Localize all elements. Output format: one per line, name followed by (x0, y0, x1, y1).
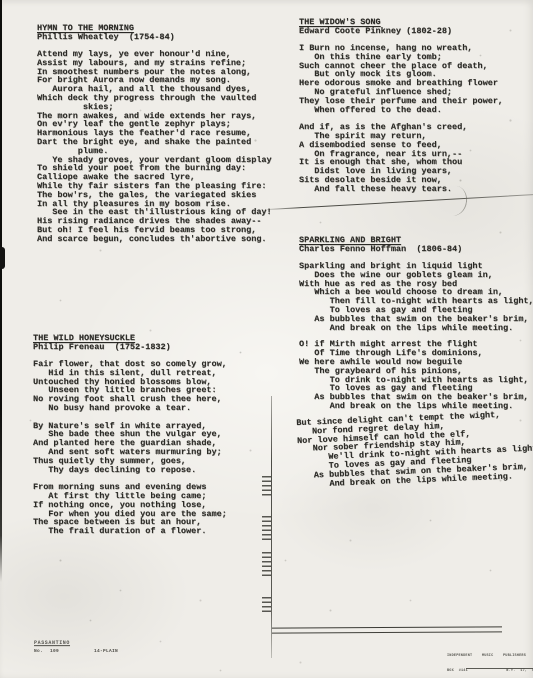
scan-registration-ticks (262, 552, 271, 579)
poem-stanza: Sparkling and bright in liquid light Doe… (299, 262, 533, 332)
scan-registration-ticks (262, 476, 271, 496)
paper-stock-number: No. 109 14-PLAIN (34, 649, 118, 654)
poem-author: Phillis Wheatley (1754-84) (37, 33, 272, 42)
poem-body: Attend my lays, ye ever honour'd nine, A… (37, 50, 272, 244)
scan-fold-line (271, 396, 272, 658)
publisher-line: BOX #141 N.Y. 17, U.S.A. (447, 669, 533, 674)
scan-registration-ticks (262, 516, 271, 540)
poem-body: Fair flower, that dost so comely grow, H… (33, 360, 227, 536)
poem-stanza: But since delight can't tempt the wight,… (296, 409, 533, 489)
poem-sparkling-and-bright: SPARKLING AND BRIGHT Charles Fenno Hoffm… (299, 236, 533, 489)
scan-registration-ticks (262, 597, 271, 615)
poem-body: I Burn no incense, hang no wreath, On th… (299, 44, 503, 194)
paper-stock-label: PASSANTINO No. 109 14-PLAIN (34, 640, 118, 654)
poem-author: Philip Freneau (1752-1832) (33, 343, 227, 352)
publisher-line: INDEPENDENT MUSIC PUBLISHERS (447, 654, 533, 659)
scan-double-rule (272, 626, 502, 633)
publisher-fine-print: INDEPENDENT MUSIC PUBLISHERS BOX #141 N.… (447, 644, 533, 678)
scan-edge-strip (0, 0, 2, 582)
poem-stanza: O! if Mirth might arrest the flight Of T… (299, 340, 533, 410)
scan-noise-specks (0, 0, 1, 1)
poem-hymn-to-the-morning: HYMN TO THE MORNING Phillis Wheatley (17… (37, 24, 272, 244)
poem-author: Charles Fenno Hoffman (1806-84) (299, 245, 533, 254)
poem-author: Edward Coote Pinkney (1802-28) (299, 27, 503, 36)
scanned-poetry-page: HYMN TO THE MORNING Phillis Wheatley (17… (0, 0, 533, 678)
poem-wild-honeysuckle: THE WILD HONEYSUCKLE Philip Freneau (175… (33, 334, 227, 536)
scan-edge-blob (0, 247, 5, 269)
paper-brand-logo: PASSANTINO (34, 640, 118, 646)
poem-widows-song: THE WIDOW'S SONG Edward Coote Pinkney (1… (299, 18, 503, 194)
scan-crease-line (267, 194, 533, 210)
